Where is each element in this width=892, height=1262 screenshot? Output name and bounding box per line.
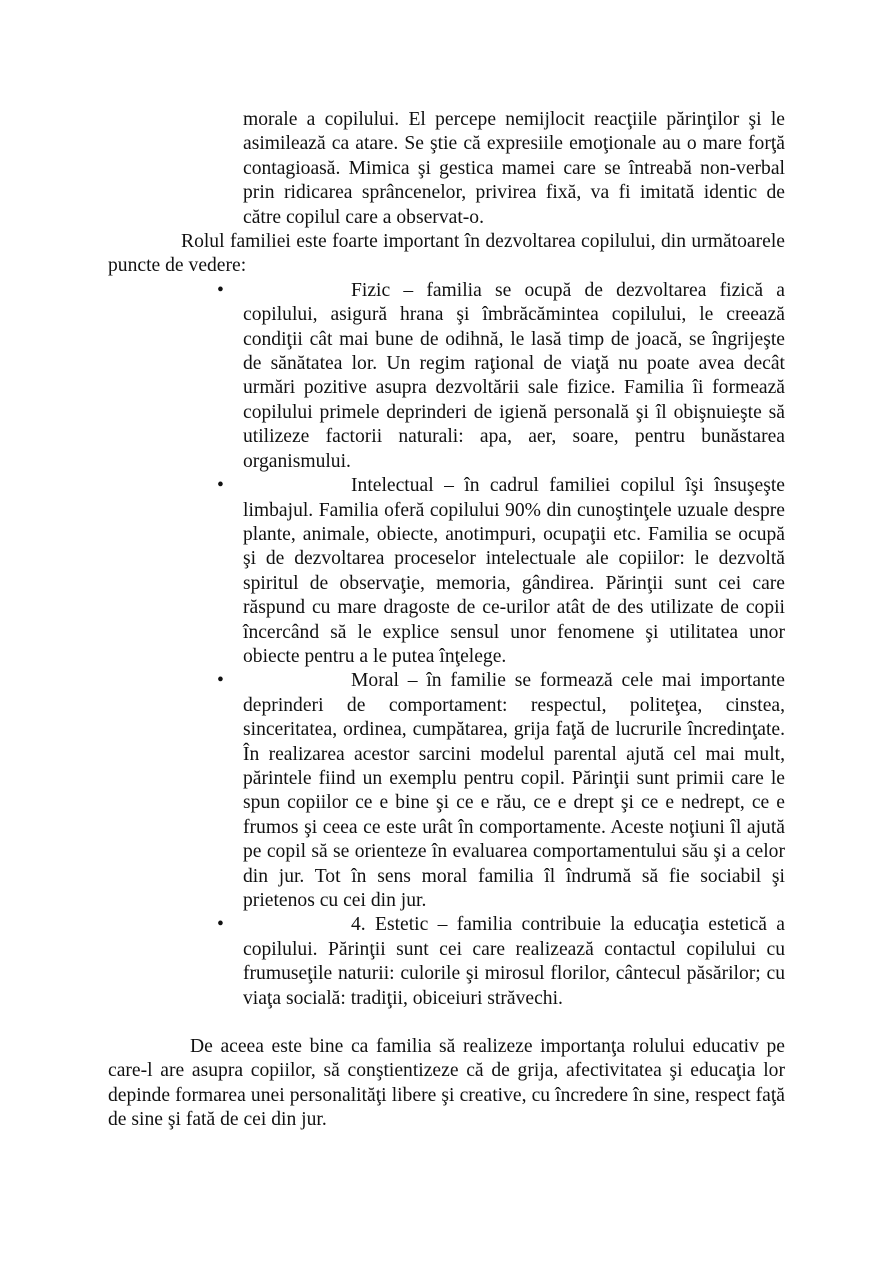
bullet-icon: • — [217, 669, 224, 693]
list-item-aesthetic: •4. Estetic – familia contribuie la educ… — [243, 913, 785, 1011]
list-item-text: Intelectual – în cadrul familiei copilul… — [243, 475, 785, 667]
development-points-list: •Fizic – familia se ocupă de dezvoltarea… — [243, 279, 785, 1011]
list-item-intellectual: •Intelectual – în cadrul familiei copilu… — [243, 474, 785, 669]
closing-paragraph: De aceea este bine ca familia să realize… — [108, 1035, 785, 1133]
list-item-moral: •Moral – în familie se formează cele mai… — [243, 669, 785, 913]
role-paragraph: Rolul familiei este foarte important în … — [108, 230, 785, 279]
list-item-text: 4. Estetic – familia contribuie la educa… — [243, 914, 785, 1008]
bullet-icon: • — [217, 913, 224, 937]
list-item-text: Moral – în familie se formează cele mai … — [243, 670, 785, 911]
intro-continuation-paragraph: morale a copilului. El percepe nemijloci… — [243, 108, 785, 230]
list-item-physical: •Fizic – familia se ocupă de dezvoltarea… — [243, 279, 785, 474]
document-page: morale a copilului. El percepe nemijloci… — [108, 108, 785, 1133]
list-item-text: Fizic – familia se ocupă de dezvoltarea … — [243, 280, 785, 472]
bullet-icon: • — [217, 474, 224, 498]
bullet-icon: • — [217, 279, 224, 303]
